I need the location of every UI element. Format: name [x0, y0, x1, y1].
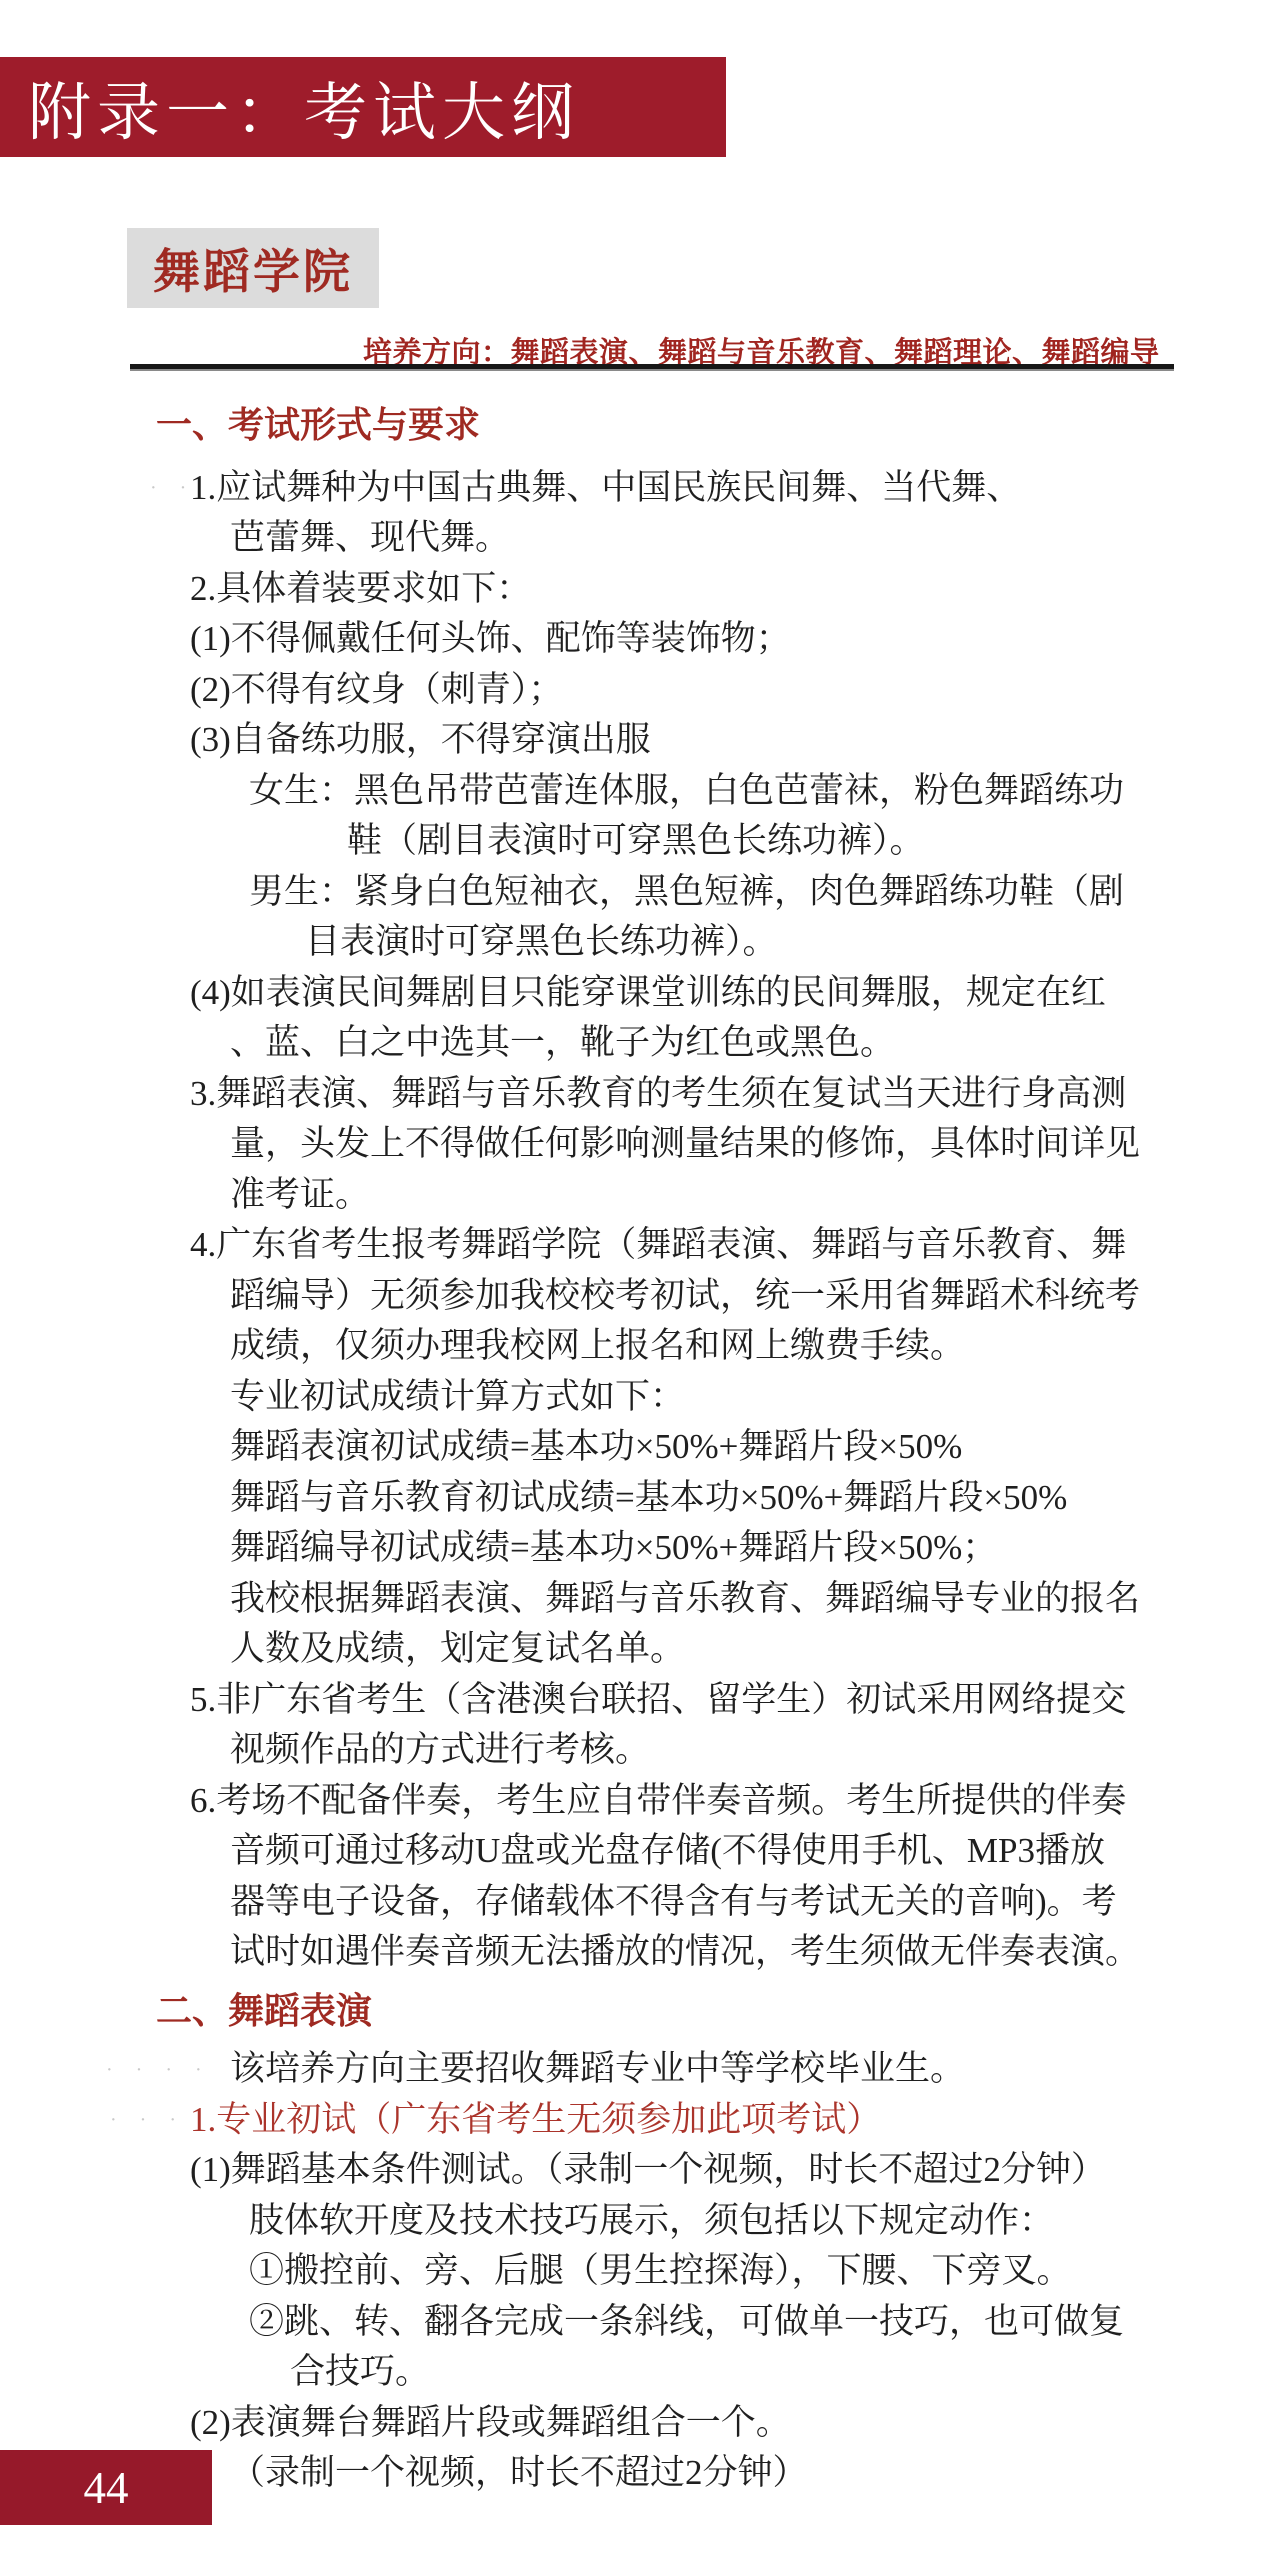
doc-line: ①搬控前、旁、后腿（男生控探海），下腰、下旁叉。	[0, 2246, 1280, 2297]
doc-line: 女生：黑色吊带芭蕾连体服，白色芭蕾袜，粉色舞蹈练功	[0, 766, 1280, 817]
doc-line: 舞蹈与音乐教育初试成绩=基本功×50%+舞蹈片段×50%	[0, 1473, 1280, 1524]
page-number: 44	[84, 2462, 129, 2514]
scan-artifact-dots: · · · ·	[106, 2060, 211, 2080]
doc-line: 成绩，仅须办理我校网上报名和网上缴费手续。	[0, 1321, 1280, 1372]
doc-line: 专业初试成绩计算方式如下：	[0, 1372, 1280, 1423]
doc-line: 、蓝、白之中选其一，靴子为红色或黑色。	[0, 1018, 1280, 1069]
page-number-badge: 44	[0, 2450, 212, 2525]
doc-line: 目表演时可穿黑色长练功裤）。	[0, 917, 1280, 968]
doc-line: 量，头发上不得做任何影响测量结果的修饰，具体时间详见	[0, 1119, 1280, 1170]
scan-artifact-dots: · · ·	[110, 2110, 185, 2130]
college-name-box: 舞蹈学院	[127, 228, 379, 308]
doc-line: 蹈编导）无须参加我校校考初试，统一采用省舞蹈术科统考	[0, 1271, 1280, 1322]
doc-line: 合技巧。	[0, 2347, 1280, 2398]
doc-line: (3)自备练功服，不得穿演出服	[0, 715, 1280, 766]
appendix-title-banner: 附录一：考试大纲	[0, 57, 726, 157]
doc-line: (1)舞蹈基本条件测试。（录制一个视频，时长不超过2分钟）	[0, 2145, 1280, 2196]
doc-line: 舞蹈编导初试成绩=基本功×50%+舞蹈片段×50%；	[0, 1523, 1280, 1574]
doc-line: 肢体软开度及技术技巧展示，须包括以下规定动作：	[0, 2196, 1280, 2247]
doc-line: 我校根据舞蹈表演、舞蹈与音乐教育、舞蹈编导专业的报名	[0, 1574, 1280, 1625]
section-divider-rule	[130, 364, 1174, 371]
doc-line: 6.考场不配备伴奏，考生应自带伴奏音频。考生所提供的伴奏	[0, 1776, 1280, 1827]
doc-line: 男生：紧身白色短袖衣，黑色短裤，肉色舞蹈练功鞋（剧	[0, 867, 1280, 918]
college-name: 舞蹈学院	[153, 235, 353, 302]
doc-line: 2.具体着装要求如下：	[0, 564, 1280, 615]
doc-line: 1.专业初试（广东省考生无须参加此项考试）	[0, 2095, 1280, 2146]
doc-line: 4.广东省考生报考舞蹈学院（舞蹈表演、舞蹈与音乐教育、舞	[0, 1220, 1280, 1271]
doc-line: 准考证。	[0, 1170, 1280, 1221]
doc-line: (1)不得佩戴任何头饰、配饰等装饰物；	[0, 614, 1280, 665]
doc-line: 5.非广东省考生（含港澳台联招、留学生）初试采用网络提交	[0, 1675, 1280, 1726]
section-heading: 一、考试形式与要求	[0, 400, 1280, 451]
doc-line: 音频可通过移动U盘或光盘存储(不得使用手机、MP3播放	[0, 1826, 1280, 1877]
scan-artifact-dots: · ·	[150, 478, 195, 498]
doc-line: 试时如遇伴奏音频无法播放的情况，考生须做无伴奏表演。	[0, 1927, 1280, 1978]
doc-line: 3.舞蹈表演、舞蹈与音乐教育的考生须在复试当天进行身高测	[0, 1069, 1280, 1120]
doc-line: 人数及成绩，划定复试名单。	[0, 1624, 1280, 1675]
appendix-title: 附录一：考试大纲	[28, 62, 580, 153]
doc-line: (4)如表演民间舞剧目只能穿课堂训练的民间舞服，规定在红	[0, 968, 1280, 1019]
doc-line: 鞋（剧目表演时可穿黑色长练功裤）。	[0, 816, 1280, 867]
doc-line: 芭蕾舞、现代舞。	[0, 513, 1280, 564]
doc-line: ②跳、转、翻各完成一条斜线，可做单一技巧，也可做复	[0, 2297, 1280, 2348]
doc-line: (2)表演舞台舞蹈片段或舞蹈组合一个。	[0, 2398, 1280, 2449]
doc-line: 视频作品的方式进行考核。	[0, 1725, 1280, 1776]
section-heading: 二、舞蹈表演	[0, 1986, 1280, 2037]
doc-line: 舞蹈表演初试成绩=基本功×50%+舞蹈片段×50%	[0, 1422, 1280, 1473]
doc-line: (2)不得有纹身（刺青）；	[0, 665, 1280, 716]
doc-line: 器等电子设备，存储载体不得含有与考试无关的音响)。考	[0, 1877, 1280, 1928]
document-body: 一、考试形式与要求1.应试舞种为中国古典舞、中国民族民间舞、当代舞、芭蕾舞、现代…	[0, 400, 1280, 2499]
